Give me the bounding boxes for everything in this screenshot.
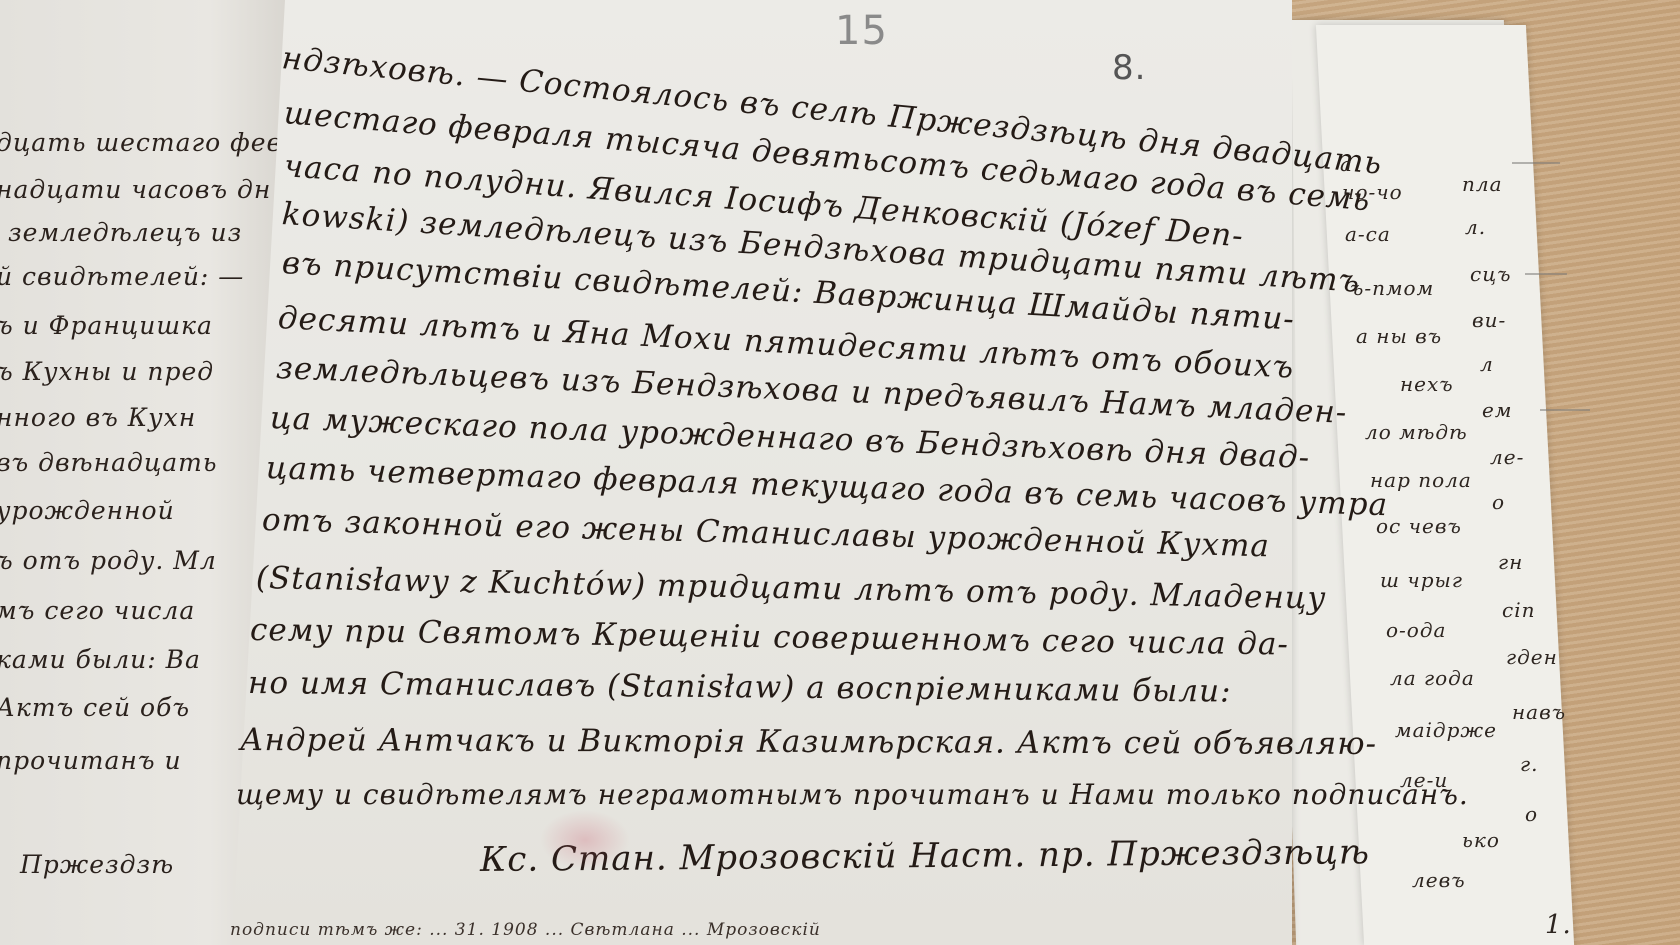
- left-line: нного въ Кухн: [0, 403, 196, 432]
- fragment: гден: [1506, 645, 1558, 669]
- left-line: земледѣлецъ из: [8, 218, 242, 247]
- fragment: о: [1492, 490, 1505, 514]
- faint-red-stamp: [540, 810, 630, 870]
- left-line: ъ отъ роду. Мл: [0, 546, 217, 575]
- fragment: о-ода: [1386, 618, 1446, 642]
- fragment: ъ-пмом: [1350, 276, 1434, 300]
- fragment: сіп: [1502, 598, 1535, 622]
- fragment: маідрже: [1395, 718, 1497, 742]
- left-line: урожденной: [0, 496, 175, 525]
- fragment: г.: [1520, 752, 1538, 776]
- fragment: навъ: [1512, 700, 1566, 724]
- fragment: 1.: [1545, 910, 1572, 940]
- left-line: ъ и Францишка: [0, 311, 213, 340]
- fragment: нар пола: [1370, 468, 1472, 492]
- fragment: а ны въ: [1356, 324, 1442, 348]
- fragment: нехъ: [1400, 372, 1454, 396]
- left-line: дцать шестаго фев: [0, 128, 282, 157]
- fragment: ем: [1482, 398, 1512, 422]
- left-line: прочитанъ и: [0, 746, 182, 775]
- left-line: ъ Кухны и пред: [0, 357, 214, 386]
- fragment: ла года: [1390, 666, 1475, 690]
- pencil-page-number: 15: [835, 8, 888, 54]
- left-line: мъ сего числа: [0, 596, 195, 625]
- left-line: надцати часовъ дн: [0, 175, 271, 204]
- fragment: левъ: [1412, 868, 1466, 892]
- record-line: щему и свидѣтелямъ неграмотнымъ прочитан…: [236, 778, 1469, 811]
- left-line: въ двѣнадцать: [0, 448, 218, 477]
- page-edge-rule: [1525, 273, 1567, 275]
- fragment: ле-и: [1400, 768, 1448, 792]
- fragment: а: [1340, 152, 1353, 176]
- fragment: л: [1480, 352, 1494, 376]
- fragment: ле-: [1490, 445, 1524, 469]
- fragment: сцъ: [1470, 262, 1512, 286]
- fragment: ви-: [1472, 308, 1506, 332]
- page-edge-rule: [1512, 162, 1560, 164]
- bottom-margin-note: подписи тѣмъ же: ... 31. 1908 ... Свѣтла…: [230, 920, 821, 940]
- fragment: ос чевъ: [1376, 514, 1462, 538]
- fragment: гн: [1498, 550, 1523, 574]
- fragment: ько: [1462, 828, 1500, 852]
- page-edge-rule: [1540, 409, 1590, 411]
- fragment: пла: [1462, 172, 1503, 196]
- left-line: ками были: Ва: [0, 645, 201, 674]
- fragment: о: [1525, 802, 1538, 826]
- fragment: а-са: [1345, 222, 1391, 246]
- pencil-record-number: 8.: [1112, 48, 1146, 88]
- left-line: Пржездзѣ: [20, 850, 174, 879]
- fragment: л.: [1465, 215, 1486, 239]
- fragment: ло мѣдѣ: [1365, 420, 1468, 444]
- fragment: чо-чо: [1342, 180, 1403, 204]
- left-line: Актъ сей объ: [0, 693, 190, 722]
- left-line: й свидѣтелей: —: [0, 262, 244, 291]
- record-line: Андрей Антчакъ и Викторія Казимѣрская. А…: [240, 722, 1377, 762]
- fragment: ш чрыг: [1380, 568, 1463, 592]
